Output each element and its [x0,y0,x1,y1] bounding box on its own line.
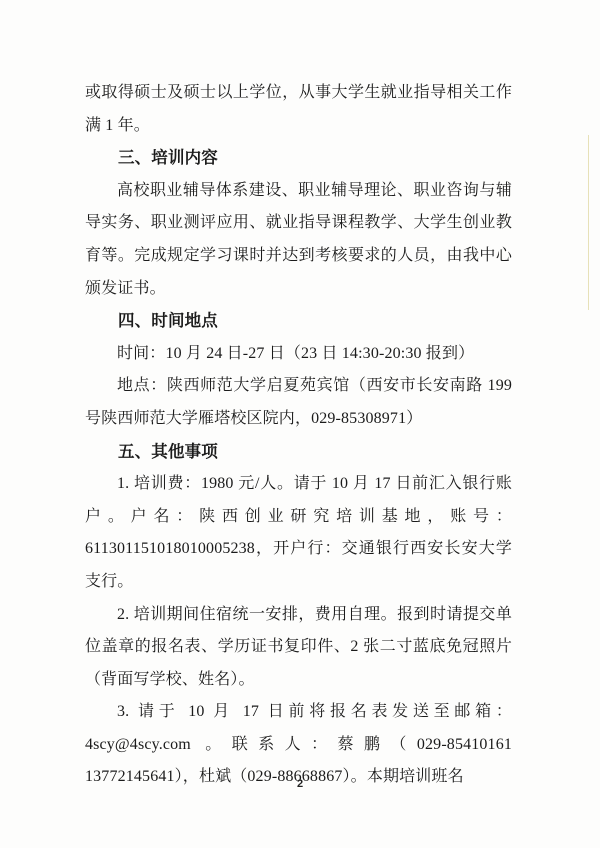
section-heading-other-items: 五、其他事项 [85,436,512,469]
paragraph-training-content: 高校职业辅导体系建设、职业辅导理论、职业咨询与辅导实务、职业测评应用、就业指导课… [85,175,512,305]
paragraph-time: 时间：10 月 24 日-27 日（23 日 14:30-20:30 报到） [85,338,512,371]
paragraph-accommodation-and-materials: 2. 培训期间住宿统一安排，费用自理。报到时请提交单位盖章的报名表、学历证书复印… [85,599,512,697]
section-heading-time-and-place: 四、时间地点 [85,305,512,338]
scan-artifact-line [588,135,589,310]
page-number: 2 [297,778,303,790]
scanned-document-page: 或取得硕士及硕士以上学位，从事大学生就业指导相关工作满 1 年。 三、培训内容 … [0,0,600,848]
paragraph-place: 地点：陕西师范大学启夏苑宾馆（西安市长安南路 199 号陕西师范大学雁塔校区院内… [85,370,512,435]
page-footer: 2 [0,774,600,792]
paragraph-continued-from-previous-page: 或取得硕士及硕士以上学位，从事大学生就业指导相关工作满 1 年。 [85,77,512,142]
document-body: 或取得硕士及硕士以上学位，从事大学生就业指导相关工作满 1 年。 三、培训内容 … [85,77,512,794]
section-heading-training-content: 三、培训内容 [85,142,512,175]
paragraph-training-fee-and-bank-account: 1. 培训费：1980 元/人。请于 10 月 17 日前汇入银行账户。户名：陕… [85,468,512,598]
